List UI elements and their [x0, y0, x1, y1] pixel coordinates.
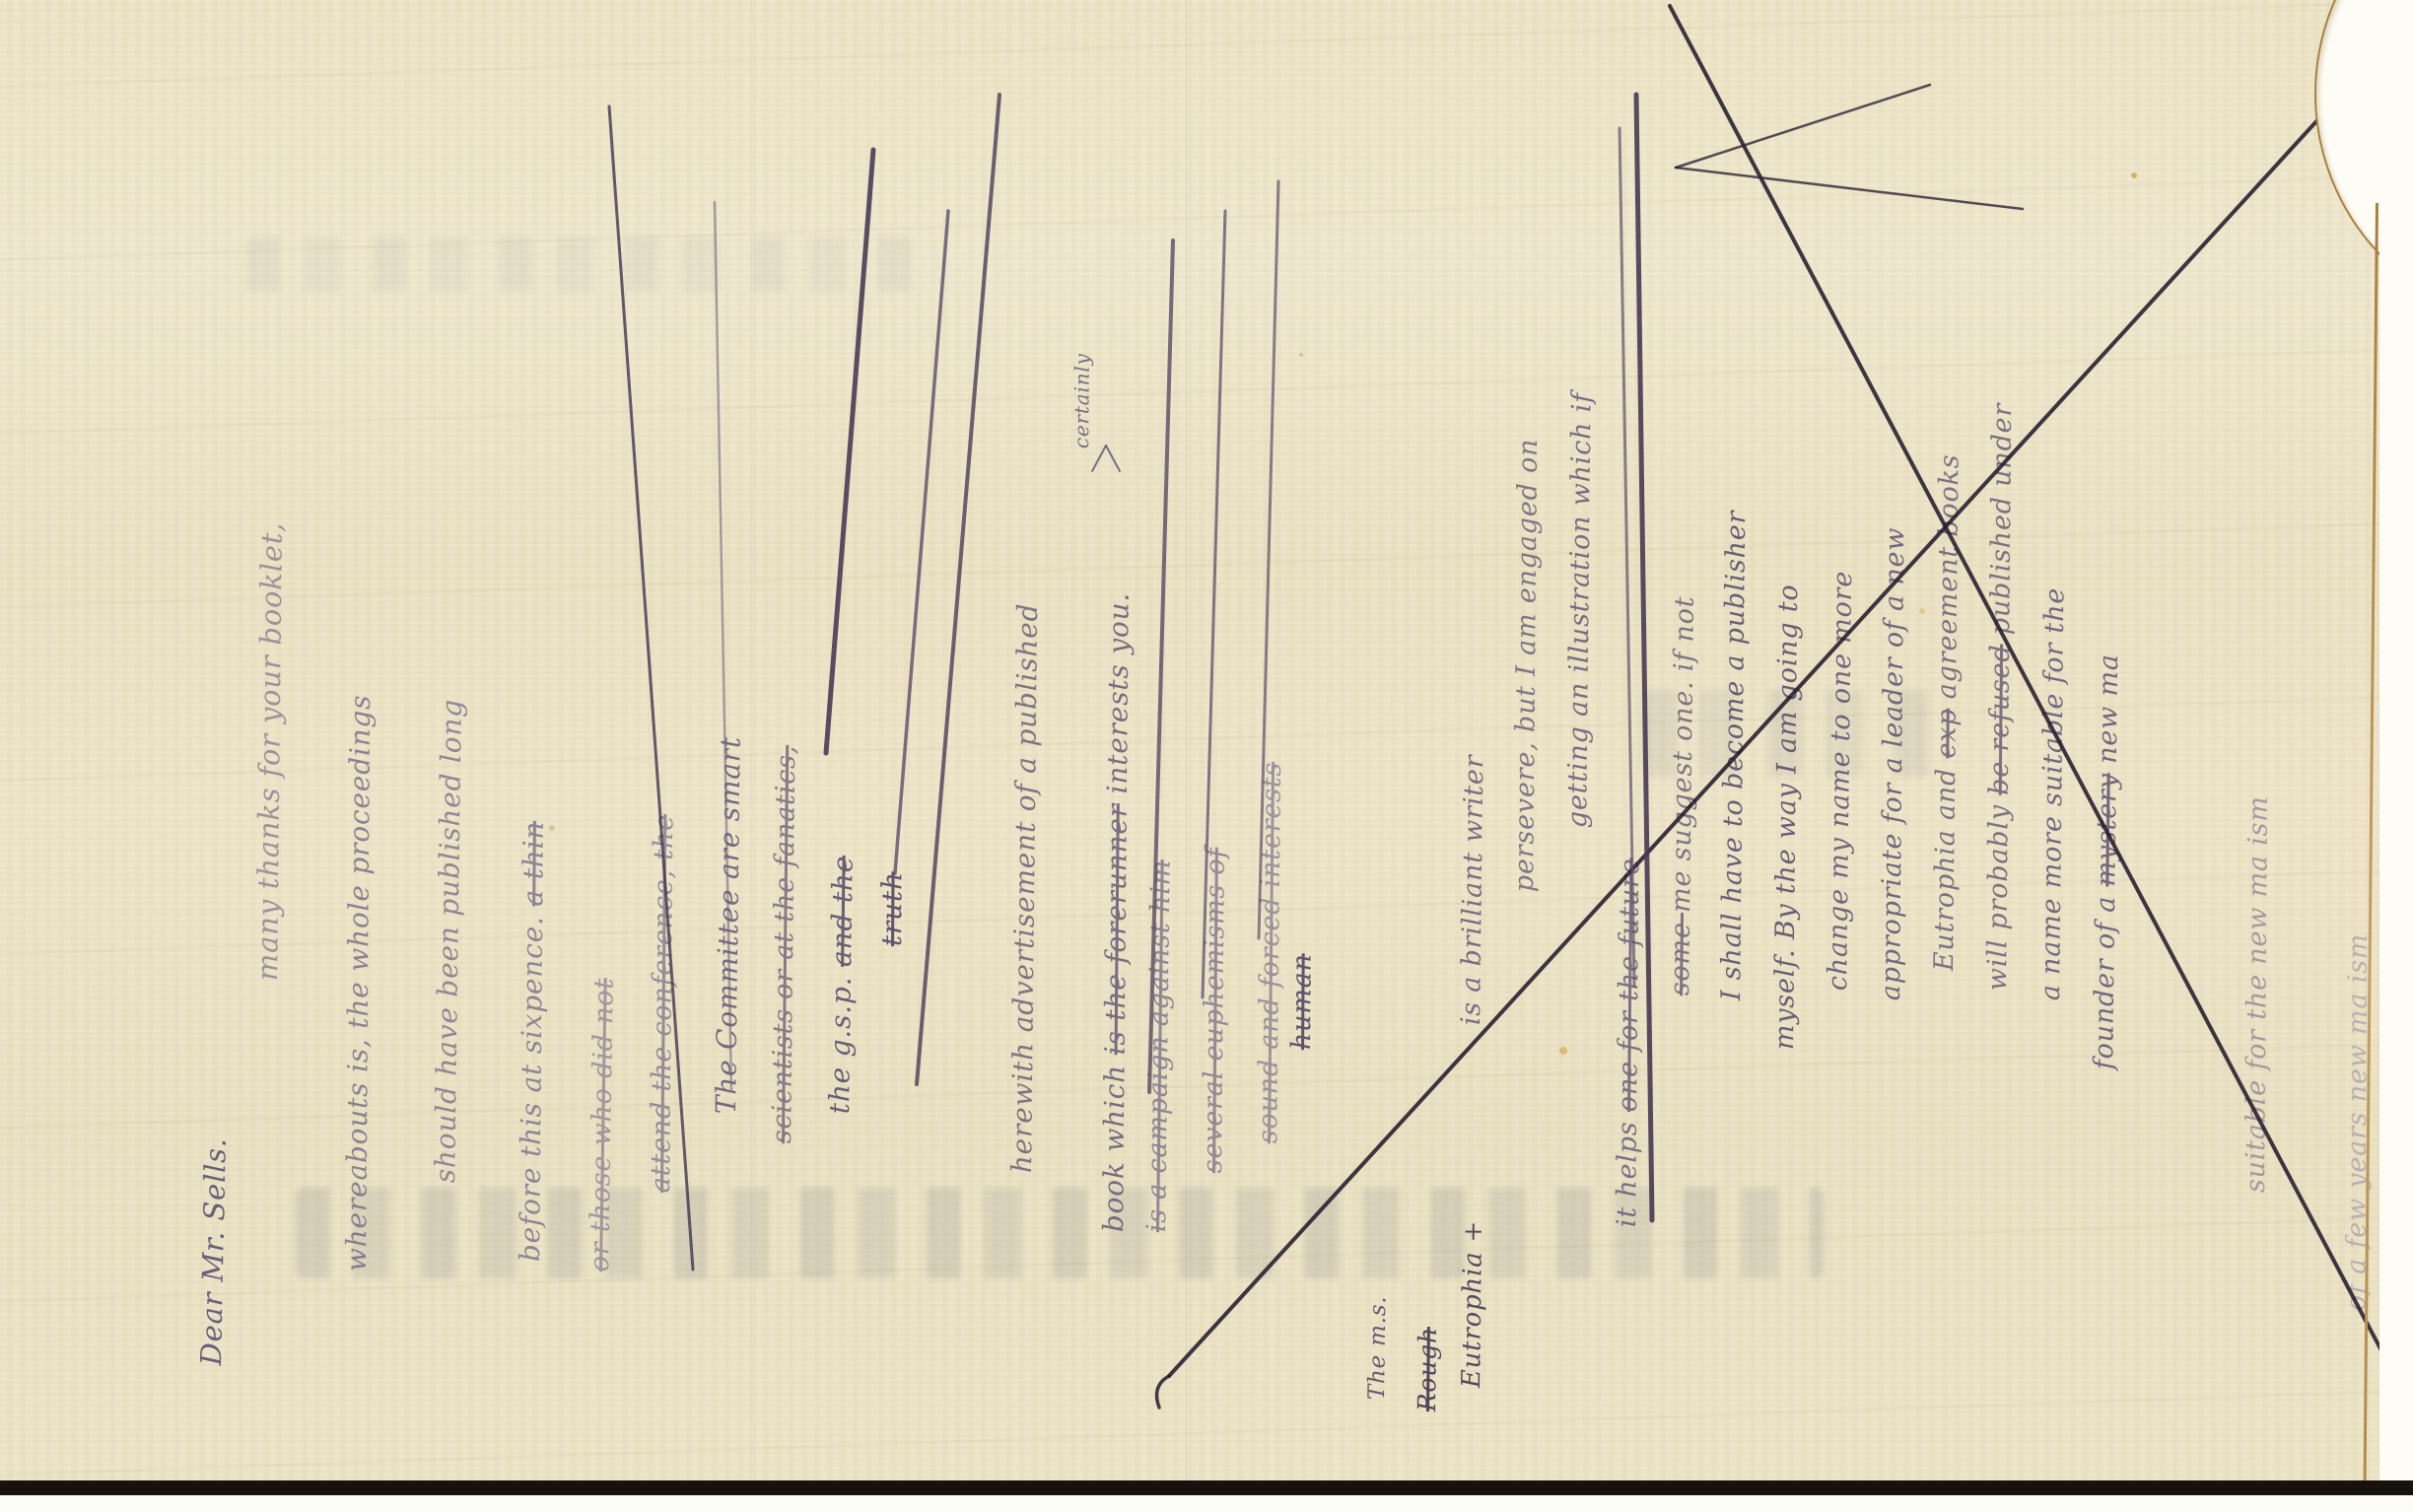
- handwritten-line-19: Rough: [1413, 1200, 1447, 1411]
- text-run: founder of a: [2089, 886, 2121, 1069]
- handwritten-line-34: suitable for the new ma ism: [2241, 207, 2282, 1193]
- text-run: should have been published long: [429, 699, 468, 1184]
- text-run: herewith advertisement of a published: [1005, 603, 1044, 1174]
- text-run: it helps: [1612, 1112, 1643, 1227]
- text-run: appropriate for a leader of a new: [1876, 527, 1910, 1001]
- struck-text: or those who did not: [585, 978, 620, 1272]
- text-run: Eutrophia and: [1929, 758, 1962, 971]
- text-run: interests you.: [1100, 592, 1135, 803]
- text-run: the g.s.p.: [823, 967, 858, 1115]
- text-run: getting an illustration which if: [1562, 392, 1598, 828]
- text-run: persevere, but I am engaged on: [1509, 439, 1544, 893]
- text-run: before this at sixpence.: [514, 906, 549, 1262]
- struck-text: mystery: [2092, 773, 2123, 887]
- handwritten-line-10: truth: [875, 611, 914, 946]
- text-run: agreement books: [1932, 453, 1965, 708]
- struck-text: sound and forced interests: [1253, 762, 1287, 1144]
- struck-text: Rough: [1413, 1327, 1442, 1411]
- struck-text: one for the future: [1613, 858, 1645, 1112]
- struck-text: a thin: [517, 821, 550, 907]
- text-run: change my name to one more: [1823, 571, 1858, 992]
- text-run: will probably: [1982, 795, 2015, 992]
- handwritten-line-20: Eutrophia +: [1457, 1053, 1494, 1388]
- handwritten-line-18: The m.s.: [1364, 1203, 1397, 1400]
- handwritten-line-17: human: [1286, 892, 1322, 1050]
- scan-bottom-edge: [0, 1480, 2413, 1495]
- text-run: published under: [1985, 403, 2018, 645]
- text-run: The m.s.: [1364, 1295, 1391, 1400]
- struck-text: scientists or at the fanatics,: [767, 745, 801, 1144]
- text-run: is a brilliant writer: [1456, 754, 1489, 1025]
- text-run: Dear Mr. Sells.: [194, 1137, 233, 1366]
- struck-text: human: [1286, 953, 1318, 1050]
- text-run: new ma: [2093, 653, 2124, 773]
- scanner-background-right: [2379, 0, 2413, 1512]
- struck-text: be refused: [1984, 644, 2016, 794]
- text-run: certainly: [1069, 353, 1094, 448]
- text-run: me suggest one. if not: [1666, 595, 1700, 913]
- text-run: I shall have to become a publisher: [1716, 511, 1752, 1001]
- handwritten-line-12: certainly: [1069, 291, 1096, 448]
- struck-text: truth: [875, 871, 909, 946]
- text-run: suitable for the new ma ism: [2241, 795, 2274, 1193]
- text-run: Eutrophia +: [1457, 1220, 1488, 1389]
- struck-text: some: [1665, 913, 1696, 997]
- struck-text: several euphemisms of: [1198, 848, 1231, 1174]
- struck-text: is the forerunner: [1098, 803, 1133, 1055]
- text-run: a name more suitable for the: [2035, 587, 2070, 1001]
- text-run: book which: [1097, 1055, 1132, 1232]
- text-run: myself. By the way I am going to: [1769, 584, 1804, 1050]
- text-run: many thanks for your booklet,: [250, 522, 289, 982]
- text-run: The Committee are smart: [710, 736, 747, 1115]
- struck-text: exp: [1932, 708, 1964, 758]
- struck-text: attend the conference, the: [646, 814, 679, 1193]
- scanner-background-bottom: [0, 1495, 2413, 1512]
- struck-text: is a campaign against him: [1141, 859, 1177, 1233]
- struck-text: and the: [825, 856, 860, 967]
- text-run: whereabouts is, the whole proceedings: [340, 694, 377, 1271]
